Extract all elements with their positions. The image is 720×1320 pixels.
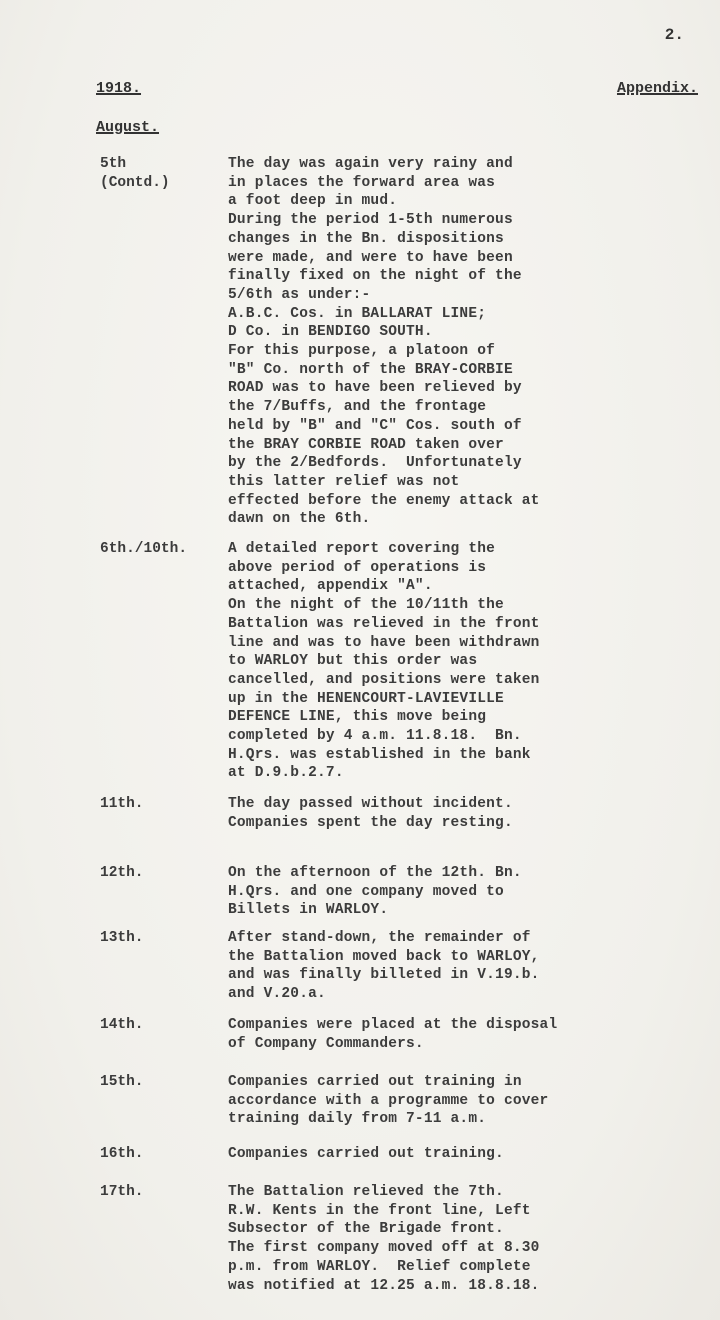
entry-text-line: were made, and were to have been (228, 249, 710, 268)
entry-text-line: and V.20.a. (228, 985, 710, 1004)
diary-entry: 5th (Contd.)The day was again very rainy… (100, 155, 710, 529)
entry-date: 11th. (100, 795, 228, 832)
entry-text-line: A.B.C. Cos. in BALLARAT LINE; (228, 305, 710, 324)
entry-text-line: attached, appendix "A". (228, 577, 710, 596)
entry-text-line: training daily from 7-11 a.m. (228, 1110, 710, 1129)
entry-text-line: line and was to have been withdrawn (228, 634, 710, 653)
entry-date: 5th (Contd.) (100, 155, 228, 529)
entry-text-line: The Battalion relieved the 7th. (228, 1183, 710, 1202)
page-number: 2. (665, 26, 684, 44)
entry-body: Companies carried out training. (228, 1145, 710, 1164)
entry-text-line: On the afternoon of the 12th. Bn. (228, 864, 710, 883)
entry-text-line: Companies spent the day resting. (228, 814, 710, 833)
header-appendix: Appendix. (617, 80, 698, 97)
entry-text-line: The day passed without incident. (228, 795, 710, 814)
entry-body: On the afternoon of the 12th. Bn.H.Qrs. … (228, 864, 710, 920)
entry-text-line: a foot deep in mud. (228, 192, 710, 211)
entry-text-line: was notified at 12.25 a.m. 18.8.18. (228, 1277, 710, 1296)
entry-body: A detailed report covering theabove peri… (228, 540, 710, 783)
entry-text-line: this latter relief was not (228, 473, 710, 492)
entry-date: 15th. (100, 1073, 228, 1129)
entry-body: After stand-down, the remainder ofthe Ba… (228, 929, 710, 1004)
entry-text-line: dawn on the 6th. (228, 510, 710, 529)
entry-text-line: Companies carried out training in (228, 1073, 710, 1092)
entry-text-line: Billets in WARLOY. (228, 901, 710, 920)
entry-text-line: changes in the Bn. dispositions (228, 230, 710, 249)
entry-text-line: the BRAY CORBIE ROAD taken over (228, 436, 710, 455)
entry-text-line: completed by 4 a.m. 11.8.18. Bn. (228, 727, 710, 746)
entry-text-line: The day was again very rainy and (228, 155, 710, 174)
entry-text-line: accordance with a programme to cover (228, 1092, 710, 1111)
entry-text-line: up in the HENENCOURT-LAVIEVILLE (228, 690, 710, 709)
diary-entry: 6th./10th.A detailed report covering the… (100, 540, 710, 783)
entry-date: 6th./10th. (100, 540, 228, 783)
entry-text-line: During the period 1-5th numerous (228, 211, 710, 230)
entry-text-line: held by "B" and "C" Cos. south of (228, 417, 710, 436)
entry-text-line: finally fixed on the night of the (228, 267, 710, 286)
entry-text-line: 5/6th as under:- (228, 286, 710, 305)
entry-body: Companies were placed at the disposalof … (228, 1016, 710, 1053)
entry-text-line: D Co. in BENDIGO SOUTH. (228, 323, 710, 342)
entry-text-line: Battalion was relieved in the front (228, 615, 710, 634)
entry-text-line: Subsector of the Brigade front. (228, 1220, 710, 1239)
diary-entry: 16th.Companies carried out training. (100, 1145, 710, 1164)
entry-body: The day passed without incident.Companie… (228, 795, 710, 832)
entry-text-line: After stand-down, the remainder of (228, 929, 710, 948)
entry-text-line: H.Qrs. and one company moved to (228, 883, 710, 902)
entry-text-line: and was finally billeted in V.19.b. (228, 966, 710, 985)
entry-text-line: effected before the enemy attack at (228, 492, 710, 511)
diary-entry: 11th.The day passed without incident.Com… (100, 795, 710, 832)
entry-text-line: The first company moved off at 8.30 (228, 1239, 710, 1258)
entry-text-line: to WARLOY but this order was (228, 652, 710, 671)
entry-text-line: by the 2/Bedfords. Unfortunately (228, 454, 710, 473)
entry-text-line: "B" Co. north of the BRAY-CORBIE (228, 361, 710, 380)
entry-text-line: A detailed report covering the (228, 540, 710, 559)
entry-text-line: DEFENCE LINE, this move being (228, 708, 710, 727)
entry-text-line: Companies were placed at the disposal (228, 1016, 710, 1035)
entry-text-line: H.Qrs. was established in the bank (228, 746, 710, 765)
entry-text-line: On the night of the 10/11th the (228, 596, 710, 615)
entry-body: Companies carried out training inaccorda… (228, 1073, 710, 1129)
entry-body: The Battalion relieved the 7th.R.W. Kent… (228, 1183, 710, 1295)
entry-text-line: cancelled, and positions were taken (228, 671, 710, 690)
diary-entry: 14th.Companies were placed at the dispos… (100, 1016, 710, 1053)
entry-text-line: the 7/Buffs, and the frontage (228, 398, 710, 417)
entry-text-line: above period of operations is (228, 559, 710, 578)
entry-text-line: For this purpose, a platoon of (228, 342, 710, 361)
entry-text-line: Companies carried out training. (228, 1145, 710, 1164)
entry-date: 17th. (100, 1183, 228, 1295)
header-month: August. (96, 119, 159, 136)
entry-text-line: at D.9.b.2.7. (228, 764, 710, 783)
entry-text-line: in places the forward area was (228, 174, 710, 193)
entry-text-line: of Company Commanders. (228, 1035, 710, 1054)
entry-text-line: ROAD was to have been relieved by (228, 379, 710, 398)
document-page: 2. 1918. Appendix. August. 5th (Contd.)T… (0, 0, 720, 1320)
diary-entry: 17th.The Battalion relieved the 7th.R.W.… (100, 1183, 710, 1295)
entry-body: The day was again very rainy andin place… (228, 155, 710, 529)
diary-entry: 13th.After stand-down, the remainder oft… (100, 929, 710, 1004)
entry-text-line: p.m. from WARLOY. Relief complete (228, 1258, 710, 1277)
entry-date: 13th. (100, 929, 228, 1004)
entry-date: 12th. (100, 864, 228, 920)
header-year: 1918. (96, 80, 141, 97)
diary-entry: 12th.On the afternoon of the 12th. Bn.H.… (100, 864, 710, 920)
entry-date: 14th. (100, 1016, 228, 1053)
entry-text-line: R.W. Kents in the front line, Left (228, 1202, 710, 1221)
diary-entry: 15th.Companies carried out training inac… (100, 1073, 710, 1129)
entry-date: 16th. (100, 1145, 228, 1164)
entry-text-line: the Battalion moved back to WARLOY, (228, 948, 710, 967)
